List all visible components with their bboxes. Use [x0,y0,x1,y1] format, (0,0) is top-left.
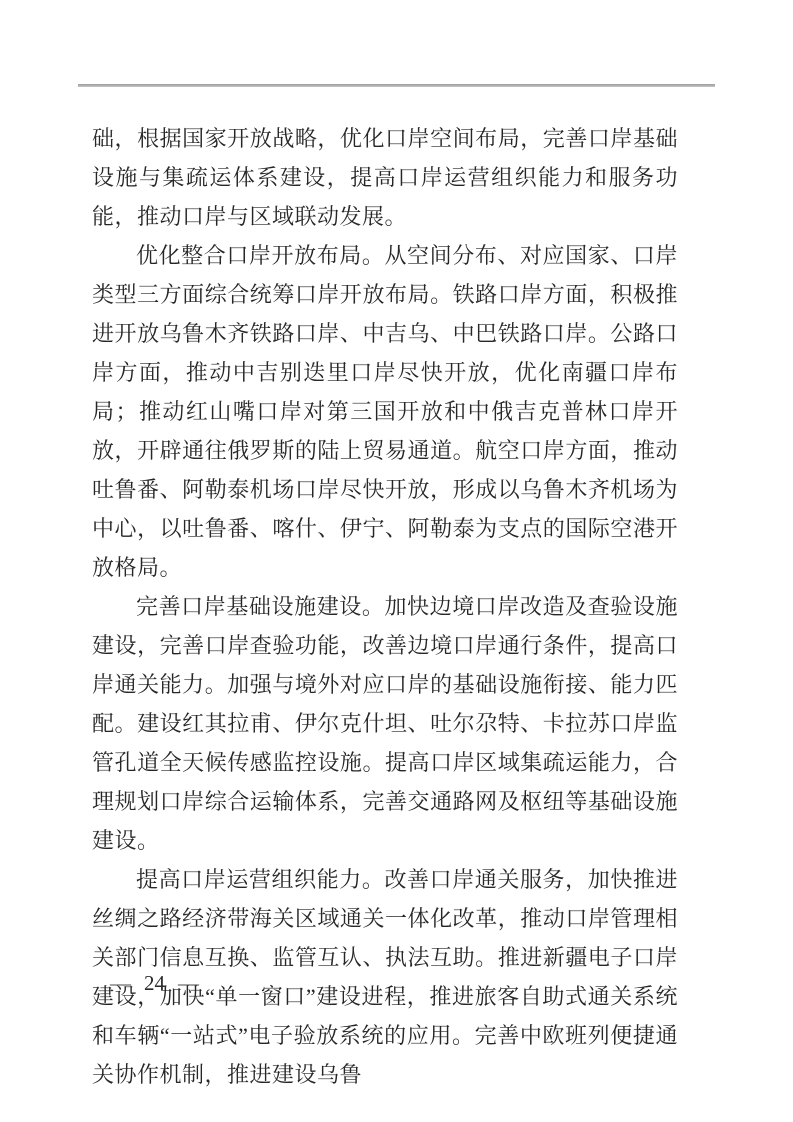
footer-dash-right: — [178,971,199,996]
document-body: 础，根据国家开放战略，优化口岸空间布局，完善口岸基础设施与集疏运体系建设，提高口… [92,119,678,1094]
paragraph-port-infrastructure: 完善口岸基础设施建设。加快边境口岸改造及查验设施建设，完善口岸查验功能，改善边境… [92,587,678,860]
paragraph-continuation: 础，根据国家开放战略，优化口岸空间布局，完善口岸基础设施与集疏运体系建设，提高口… [92,119,678,236]
paragraph-port-opening-layout: 优化整合口岸开放布局。从空间分布、对应国家、口岸类型三方面综合统筹口岸开放布局。… [92,236,678,587]
document-page: 础，根据国家开放战略，优化口岸空间布局，完善口岸基础设施与集疏运体系建设，提高口… [0,0,793,1122]
page-footer: — 24 — [110,971,199,996]
page-number: 24 [144,971,165,996]
header-rule [78,84,715,87]
footer-dash-left: — [110,971,131,996]
